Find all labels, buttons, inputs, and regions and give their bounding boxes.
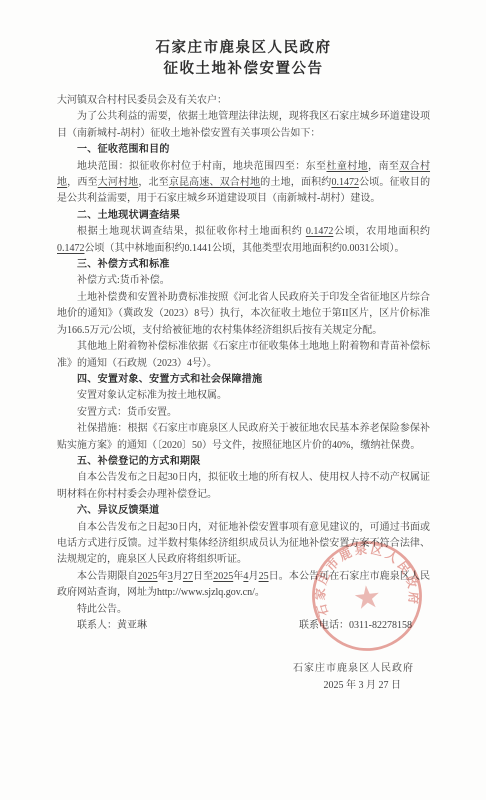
- title-line-2: 征收土地补偿安置公告: [57, 59, 430, 80]
- intro-paragraph: 为了公共利益的需要，依据土地管理法律法规，现将我区石家庄城乡环道建设项目（南新城…: [57, 109, 430, 142]
- section-4-paragraph-1: 安置对象认定标准为按土地权属。: [57, 388, 430, 404]
- section-6-heading: 六、异议反馈渠道: [57, 503, 430, 519]
- document-page: 石家庄市鹿泉区人民政府 征收土地补偿安置公告 大河镇双合村村民委员会及有关农户：…: [0, 0, 486, 800]
- section-5-heading: 五、补偿登记的方式和期限: [57, 454, 430, 470]
- contact-person: 联系人：黄亚琳: [57, 618, 147, 634]
- contact-phone: 联系电话：0311-82278158: [299, 618, 430, 634]
- section-6-paragraph-2: 本公告期限自2025年3月27日至2025年4月25日。本公告可在石家庄市鹿泉区…: [57, 569, 430, 602]
- section-2-heading: 二、土地现状调查结果: [57, 208, 430, 224]
- closing-statement: 特此公告。: [57, 602, 430, 618]
- section-4-paragraph-3: 社保措施：根据《石家庄市鹿泉区人民政府关于被征地农民基本养老保险参保补贴实施方案…: [57, 421, 430, 454]
- section-1-paragraph-1: 地块范围：拟征收你村位于村南，地块范围四至：东至杜童村地，南至双合村地，西至大河…: [57, 159, 430, 208]
- section-1-heading: 一、征收范围和目的: [57, 142, 430, 158]
- title-line-1: 石家庄市鹿泉区人民政府: [57, 38, 430, 59]
- signature-block: 石家庄市鹿泉区人民政府 2025 年 3 月 27 日: [57, 661, 430, 694]
- section-4-paragraph-2: 安置方式：货币安置。: [57, 405, 430, 421]
- section-5-paragraph-1: 自本公告发布之日起30日内，拟征收土地的所有权人、使用权人持不动产权属证明材料在…: [57, 470, 430, 503]
- document-body: 大河镇双合村村民委员会及有关农户： 为了公共利益的需要，依据土地管理法律法规，现…: [57, 93, 430, 695]
- contact-row: 联系人：黄亚琳 联系电话：0311-82278158: [57, 618, 430, 634]
- section-4-heading: 四、安置对象、安置方式和社会保障措施: [57, 372, 430, 388]
- signature-date: 2025 年 3 月 27 日: [57, 678, 430, 694]
- signature-name: 石家庄市鹿泉区人民政府: [57, 661, 430, 677]
- section-3-heading: 三、补偿方式和标准: [57, 257, 430, 273]
- section-6-paragraph-1: 自本公告发布之日起30日内，对征地补偿安置事项有意见建议的，可通过书面或电话方式…: [57, 520, 430, 569]
- salutation: 大河镇双合村村民委员会及有关农户：: [57, 93, 430, 109]
- section-2-paragraph-1: 根据土地现状调查结果，拟征收你村土地面积约 0.1472公顷，农用地面积约0.1…: [57, 224, 430, 257]
- section-3-paragraph-1: 补偿方式:货币补偿。: [57, 273, 430, 289]
- section-3-paragraph-3: 其他地上附着物补偿标准依据《石家庄市征收集体土地地上附着物和青苗补偿标准》的通知…: [57, 339, 430, 372]
- section-3-paragraph-2: 土地补偿费和安置补助费标准按照《河北省人民政府关于印发全省征地区片综合地价的通知…: [57, 290, 430, 339]
- document-title: 石家庄市鹿泉区人民政府 征收土地补偿安置公告: [57, 38, 430, 80]
